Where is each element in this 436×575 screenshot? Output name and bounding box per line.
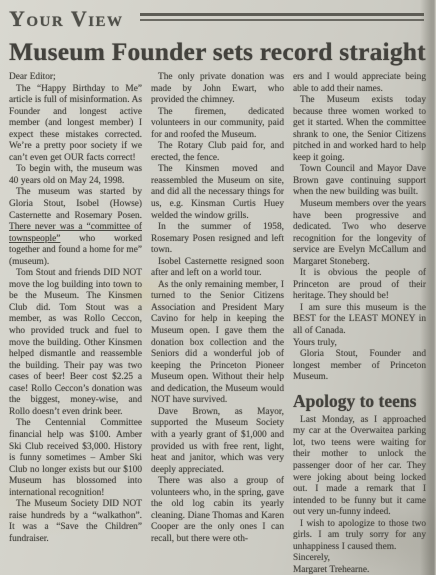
text-segment: I am sure this museum is the BEST for th… [293, 303, 426, 336]
column-2: The only private donation was made by Jo… [151, 72, 284, 575]
text-segment: The Kinsmen moved and reassembled the Mu… [151, 164, 284, 220]
letter-paragraph: The museum was started by Gloria Stout, … [9, 187, 142, 268]
text-segment: There was also a group of volunteers who… [151, 476, 284, 544]
letter-paragraph: Margaret Trehearne. [293, 565, 426, 575]
letter-paragraph: Museum members over the years have been … [293, 199, 426, 268]
text-segment: ers and I would appreciate being able to… [293, 72, 426, 94]
column-3: ers and I would appreciate being able to… [293, 72, 426, 575]
article-columns: Dear Editor;The “Happy Birthday to Me” a… [9, 72, 426, 575]
letter-paragraph: Dave Brown, as Mayor, supported the Muse… [151, 407, 284, 476]
letter-paragraph: Dear Editor; [9, 72, 142, 84]
page-content: Your View Museum Founder sets record str… [0, 0, 436, 575]
apology-headline: Apology to teens [293, 391, 426, 412]
masthead-rule [140, 13, 424, 21]
letter-paragraph: Last Monday, as I approached my car at t… [293, 415, 426, 519]
text-segment: The Museum exists today because three wo… [293, 95, 426, 163]
text-segment: The Centennial Committee financial help … [9, 418, 142, 497]
text-segment: The museum was started by Gloria Stout, … [9, 187, 142, 220]
letter-paragraph: Town Council and Mayor Dave Brown gave c… [293, 164, 426, 199]
letter-paragraph: The Centennial Committee financial help … [9, 418, 142, 499]
text-segment: The Museum Society DID NOT raise hundred… [9, 499, 142, 544]
letter-paragraph: Gloria Stout, Founder and longest member… [293, 349, 426, 384]
letter-paragraph: ers and I would appreciate being able to… [293, 72, 426, 95]
letter-paragraph: As the only remaining member, I turned t… [151, 280, 284, 407]
text-segment: Last Monday, as I approached my car at t… [293, 415, 426, 517]
text-segment: Gloria Stout, Founder and longest member… [293, 349, 426, 382]
text-segment: The Rotary Club paid for, and erected, t… [151, 141, 284, 163]
text-segment: The firemen, dedicated volunteers in our… [151, 107, 284, 140]
column-1: Dear Editor;The “Happy Birthday to Me” a… [9, 72, 142, 575]
text-segment: To begin with, the museum was 40 years o… [9, 164, 142, 186]
text-segment: Dear Editor; [9, 72, 56, 82]
masthead-row: Your View [9, 4, 426, 34]
letter-paragraph: The “Happy Birthday to Me” article is fu… [9, 84, 142, 165]
letter-paragraph: The Kinsmen moved and reassembled the Mu… [151, 164, 284, 222]
letter-paragraph: There was also a group of volunteers who… [151, 476, 284, 545]
letter-paragraph: I am sure this museum is the BEST for th… [293, 303, 426, 338]
text-segment: Isobel Casternette resigned soon after a… [151, 257, 284, 279]
text-segment: Town Council and Mayor Dave Brown gave c… [293, 164, 426, 197]
text-segment: Sincerely, [293, 553, 330, 563]
letter-paragraph: Isobel Casternette resigned soon after a… [151, 257, 284, 280]
letter-paragraph: It is obvious the people of Princeton ar… [293, 268, 426, 303]
letter-paragraph: To begin with, the museum was 40 years o… [9, 164, 142, 187]
letter-paragraph: The Museum Society DID NOT raise hundred… [9, 499, 142, 545]
text-segment: Museum members over the years have been … [293, 199, 426, 267]
text-segment: Dave Brown, as Mayor, supported the Muse… [151, 407, 284, 475]
letter-paragraph: The only private donation was made by Jo… [151, 72, 284, 107]
text-segment: Margaret Trehearne. [293, 565, 369, 575]
letter-paragraph: The Rotary Club paid for, and erected, t… [151, 141, 284, 164]
text-segment: The “Happy Birthday to Me” article is fu… [9, 84, 142, 163]
text-segment: It is obvious the people of Princeton ar… [293, 268, 426, 301]
article-headline: Museum Founder sets record straight [9, 37, 426, 67]
section-masthead: Your View [9, 6, 124, 32]
text-segment: The only private donation was made by Jo… [151, 72, 284, 105]
text-segment: I wish to apologize to those two girls. … [293, 519, 426, 552]
letter-paragraph: I wish to apologize to those two girls. … [293, 519, 426, 554]
newspaper-page: Your View Museum Founder sets record str… [0, 0, 436, 575]
letter-paragraph: Sincerely, [293, 553, 426, 565]
letter-paragraph: Yours truly, [293, 338, 426, 350]
letter-paragraph: The firemen, dedicated volunteers in our… [151, 107, 284, 142]
letter-paragraph: In the summer of 1958, Rosemary Posen re… [151, 222, 284, 257]
letter-paragraph: The Museum exists today because three wo… [293, 95, 426, 164]
text-segment: Yours truly, [293, 338, 337, 348]
letter-paragraph: Tom Stout and friends DID NOT move the l… [9, 268, 142, 418]
text-segment: Tom Stout and friends DID NOT move the l… [9, 268, 142, 417]
text-segment: As the only remaining member, I turned t… [151, 280, 284, 405]
text-segment: In the summer of 1958, Rosemary Posen re… [151, 222, 284, 255]
